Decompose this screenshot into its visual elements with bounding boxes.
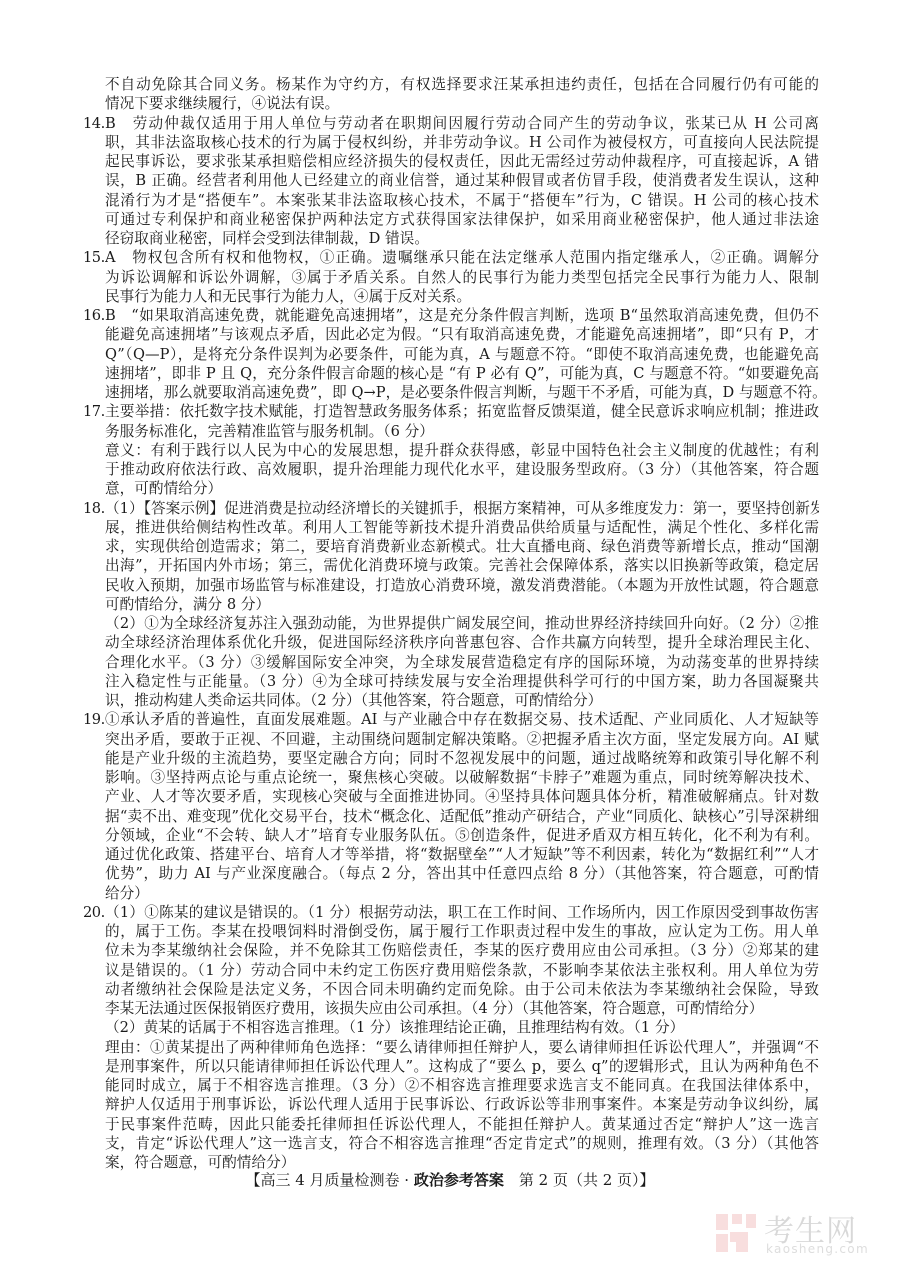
text-line: 通过优化政策、搭建平台、培育人才等举措，将“数据壁垒”“人才短缺”等不利因素，转… — [105, 845, 819, 864]
continuation-paragraph: 不自动免除其合同义务。杨某作为守约方，有权选择要求汪某承担违约责任，包括在合同履… — [83, 75, 819, 114]
text-line: 李某无法通过医保报销医疗费用，该损失应由公司承担。（4 分）（其他答案，符合题意… — [105, 999, 819, 1018]
text-line: 于推动政府依法行政、高效履职，提升治理能力现代化水平，建设服务型政府。（3 分）… — [105, 460, 819, 479]
text-line: 合理化水平。（3 分）③缓解国际安全冲突，为全球发展营造稳定有序的国际环境，为动… — [105, 653, 819, 672]
text-line: 优势”，助力 AI 与产业深度融合。（每点 2 分，答出其中任意四点给 8 分）… — [105, 864, 819, 883]
text-line: 意义：有利于践行以人民为中心的发展思想，提升群众获得感，彰显中国特色社会主义制度… — [105, 441, 819, 460]
answer-item-15: 15. A 物权包含所有权和他物权，①正确。遗嘱继承只能在法定继承人范围内指定继… — [83, 248, 819, 306]
text-line: 意，可酌情给分） — [105, 479, 819, 498]
text-line: 职，其非法盗取核心技术的行为属于侵权纠纷，并非劳动争议。H 公司作为被侵权方，可… — [105, 133, 819, 152]
item-number: 15. — [83, 248, 105, 267]
answer-item-16: 16. B “如果取消高速免费，就能避免高速拥堵”，这是充分条件假言判断，选项 … — [83, 306, 819, 402]
watermark-logo: 考生网 kaosheng.com — [714, 1206, 884, 1266]
answer-key-page: 不自动免除其合同义务。杨某作为守约方，有权选择要求汪某承担违约责任，包括在合同履… — [0, 0, 900, 1273]
text-line: A 物权包含所有权和他物权，①正确。遗嘱继承只能在法定继承人范围内指定继承人，②… — [105, 248, 819, 267]
answer-item-17: 17. 主要举措：依托数字技术赋能，打造智慧政务服务体系；拓宽监督反馈渠道，健全… — [83, 402, 819, 498]
text-line: （1）①陈某的建议是错误的。（1 分）根据劳动法，职工在工作时间、工作场所内，因… — [105, 903, 819, 922]
text-line: 可酌情给分，满分 8 分） — [105, 595, 819, 614]
answer-content: 不自动免除其合同义务。杨某作为守约方，有权选择要求汪某承担违约责任，包括在合同履… — [83, 75, 819, 1172]
item-number: 14. — [83, 114, 105, 133]
text-line: 是刑事案件，所以只能请律师担任诉讼代理人”。这构成了“要么 p，要么 q”的逻辑… — [105, 1057, 819, 1076]
text-line: （2）①为全球经济复苏注入强劲动能，为世界提供广阔发展空间，推动世界经济持续回升… — [105, 614, 819, 633]
text-line: 出海”，开拓国内外市场；第三，需优化消费环境与政策。完善社会保障体系，落实以旧换… — [105, 556, 819, 575]
text-line: 突出矛盾，要敢于正视、不回避，主动围绕问题制定解决策略。②把握矛盾主次方面，坚定… — [105, 730, 819, 749]
text-line: 民事行为能力人和无民事行为能力人，④属于反对关系。 — [105, 287, 819, 306]
text-line: 支，肯定“诉讼代理人”这一选言支，符合不相容选言推理“否定肯定式”的规则，推理有… — [105, 1134, 819, 1153]
kaosheng-logo-icon — [714, 1210, 758, 1254]
text-line: 位未为李某缴纳社会保险，并不免除其工伤赔偿责任，李某的医疗费用应由公司承担。（3… — [105, 941, 819, 960]
answer-item-20: 20. （1）①陈某的建议是错误的。（1 分）根据劳动法，职工在工作时间、工作场… — [83, 903, 819, 1173]
text-line: 展，推进供给侧结构性改革。利用人工智能等新技术提升消费品供给质量与适配性，满足个… — [105, 518, 819, 537]
item-number: 16. — [83, 306, 105, 325]
text-line: （2）黄某的话属于不相容选言推理。（1 分）该推理结论正确，且推理结构有效。（1… — [105, 1018, 819, 1037]
answer-item-19: 19. ①承认矛盾的普遍性，直面发展难题。AI 与产业融合中存在数据交易、技术适… — [83, 710, 819, 903]
text-line: 产业、人才等次要矛盾，实现核心突破与全面推进协同。④坚持具体问题具体分析，精准破… — [105, 787, 819, 806]
text-line: 起民事诉讼，要求张某承担赔偿相应经济损失的侵权责任，因此无需经过劳动仲裁程序，可… — [105, 152, 819, 171]
text-line: 影响。③坚持两点论与重点论统一，聚焦核心突破。以破解数据“卡脖子”难题为重点，同… — [105, 768, 819, 787]
footer-page-number: 第 2 页（共 2 页） — [504, 1171, 640, 1189]
text-line: 务服务标准化，完善精准监管与服务机制。（6 分） — [105, 422, 819, 441]
text-line: B “如果取消高速免费，就能避免高速拥堵”，这是充分条件假言判断，选项 B“虽然… — [105, 306, 819, 325]
text-line: 分领域，企业“不会转、缺人才”培育专业服务队伍。⑤创造条件，促进矛盾双方相互转化… — [105, 826, 819, 845]
text-line: 能是产业升级的主流趋势，要坚定融合方向；同时不忽视发展中的问题，通过战略统筹和政… — [105, 749, 819, 768]
text-line: ①承认矛盾的普遍性，直面发展难题。AI 与产业融合中存在数据交易、技术适配、产业… — [105, 710, 819, 729]
text-line: 情况下要求继续履行，④说法有误。 — [105, 94, 819, 113]
text-line: 误，B 正确。经营者利用他人已经建立的商业信誉，通过某种假冒或者仿冒手段，使消费… — [105, 171, 819, 190]
item-number: 20. — [83, 903, 105, 922]
page-footer: 【高三 4 月质量检测卷 · 政治参考答案 第 2 页（共 2 页）】 — [0, 1169, 900, 1190]
text-line: 径窃取商业秘密，同样会受到法律制裁，D 错误。 — [105, 229, 819, 248]
text-line: 速拥堵”，即非 P 且 Q，充分条件假言命题的核心是 “有 P 必有 Q”，可能… — [105, 364, 819, 383]
footer-subject: 政治参考答案 — [414, 1171, 504, 1189]
text-line: 能同时成立，属于不相容选言推理。（3 分）②不相容选言推理要求选言支不能同真。在… — [105, 1076, 819, 1095]
footer-close-bracket: 】 — [640, 1171, 655, 1189]
text-line: 给分） — [105, 884, 819, 903]
footer-exam-title: 高三 4 月质量检测卷 · — [260, 1171, 413, 1189]
text-line: 不自动免除其合同义务。杨某作为守约方，有权选择要求汪某承担违约责任，包括在合同履… — [105, 75, 819, 94]
text-line: 可通过专利保护和商业秘密保护两种法定方式获得国家法律保护，如采用商业秘密保护，他… — [105, 210, 819, 229]
text-line: 议是错误的。（1 分）劳动合同中未约定工伤医疗费用赔偿条款，不影响李某依法主张权… — [105, 961, 819, 980]
watermark-subtitle: kaosheng.com — [766, 1242, 869, 1256]
footer-open-bracket: 【 — [245, 1171, 260, 1189]
text-line: 的，属于工伤。李某在投喂饲料时滑倒受伤，属于履行工作职责过程中发生的事故，应认定… — [105, 922, 819, 941]
text-line: 民收入预期，加强市场监管与标准建设，打造放心消费环境，激发消费潜能。（本题为开放… — [105, 576, 819, 595]
item-number: 18. — [83, 499, 105, 518]
answer-item-14: 14. B 劳动仲裁仅适用于用人单位与劳动者在职期间因履行劳动合同产生的劳动争议… — [83, 114, 819, 249]
item-number: 17. — [83, 402, 105, 421]
text-line: 于民事案件范畴，因此只能委托律师担任诉讼代理人，不能担任辩护人。黄某通过否定“辩… — [105, 1115, 819, 1134]
item-number: 19. — [83, 710, 105, 729]
text-line: 辩护人仅适用于刑事诉讼，诉讼代理人适用于民事诉讼、行政诉讼等非刑事案件。本案是劳… — [105, 1095, 819, 1114]
text-line: 能避免高速拥堵”与该观点矛盾，因此必定为假。“只有取消高速免费，才能避免高速拥堵… — [105, 325, 819, 344]
text-line: 混淆行为才是“搭便车”。本案张某非法盗取核心技术，不属于“搭便车”行为，C 错误… — [105, 191, 819, 210]
text-line: 动全球经济治理体系优化升级，促进国际经济秩序向普惠包容、合作共赢方向转型，提升全… — [105, 633, 819, 652]
answer-item-18: 18. （1）【答案示例】促进消费是拉动经济增长的关键抓手，根据方案精神，可从多… — [83, 499, 819, 711]
text-line: 主要举措：依托数字技术赋能，打造智慧政务服务体系；拓宽监督反馈渠道，健全民意诉求… — [105, 402, 819, 421]
text-line: 速拥堵，那么就要取消高速免费”，即 Q→P，是必要条件假言判断，与题干不矛盾，可… — [105, 383, 819, 402]
text-line: （1）【答案示例】促进消费是拉动经济增长的关键抓手，根据方案精神，可从多维度发力… — [105, 499, 819, 518]
text-line: Q”（Q—P），是将充分条件误判为必要条件，可能为真，A 与题意不符。“即使不取… — [105, 345, 819, 364]
text-line: 据“卖不出、难变现”优化交易平台，技术“概念化、适配低”推动产研结合，产业“同质… — [105, 807, 819, 826]
text-line: 为诉讼调解和诉讼外调解，③属于矛盾关系。自然人的民事行为能力类型包括完全民事行为… — [105, 268, 819, 287]
text-line: 理由：①黄某提出了两种律师角色选择：“要么请律师担任辩护人，要么请律师担任诉讼代… — [105, 1038, 819, 1057]
text-line: 求，实现供给创造需求；第二，要培育消费新业态新模式。壮大直播电商、绿色消费等新增… — [105, 537, 819, 556]
text-line: 注入稳定性与正能量。（3 分）④为全球可持续发展与安全治理提供科学可行的中国方案… — [105, 672, 819, 691]
text-line: 识，推动构建人类命运共同体。（2 分）（其他答案，符合题意，可酌情给分） — [105, 691, 819, 710]
text-line: 动者缴纳社会保险是法定义务，不因合同未明确约定而免除。由于公司未依法为李某缴纳社… — [105, 980, 819, 999]
text-line: B 劳动仲裁仅适用于用人单位与劳动者在职期间因履行劳动合同产生的劳动争议，张某已… — [105, 114, 819, 133]
